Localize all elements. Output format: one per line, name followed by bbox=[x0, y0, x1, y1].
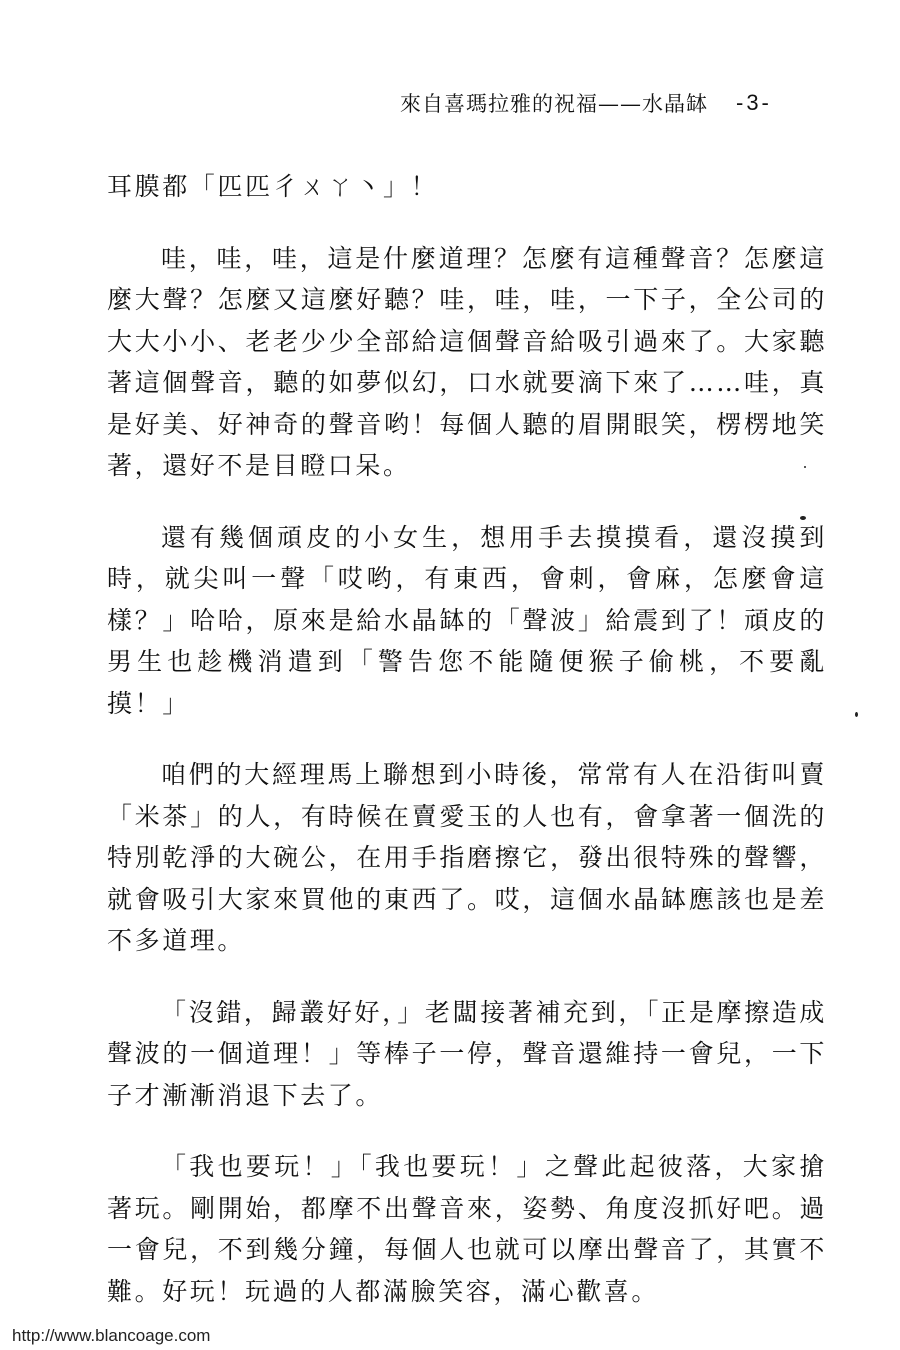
paragraph: 「我也要玩！」「我也要玩！」之聲此起彼落，大家搶著玩。剛開始，都摩不出聲音來，姿… bbox=[107, 1146, 827, 1312]
book-page: 來自喜瑪拉雅的祝福——水晶缽 -3- 耳膜都「匹匹彳ㄨㄚ丶」！ 哇，哇，哇，這是… bbox=[0, 0, 900, 1350]
paragraph: 咱們的大經理馬上聯想到小時後，常常有人在沿街叫賣「米茶」的人，有時候在賣愛玉的人… bbox=[107, 754, 827, 962]
chapter-title: 來自喜瑪拉雅的祝福——水晶缽 bbox=[400, 88, 708, 118]
paragraph: 哇，哇，哇，這是什麼道理？怎麼有這種聲音？怎麼這麼大聲？怎麼又這麼好聽？哇，哇，… bbox=[107, 238, 827, 487]
scan-speck bbox=[804, 466, 806, 468]
scan-speck bbox=[855, 712, 858, 717]
paragraph: 「沒錯，歸叢好好，」老闆接著補充到，「正是摩擦造成聲波的一個道理！」等棒子一停，… bbox=[107, 992, 827, 1117]
page-number: -3- bbox=[736, 90, 772, 116]
paragraph: 耳膜都「匹匹彳ㄨㄚ丶」！ bbox=[107, 166, 827, 208]
scan-speck bbox=[800, 516, 806, 520]
paragraph: 還有幾個頑皮的小女生，想用手去摸摸看，還沒摸到時，就尖叫一聲「哎哟，有東西，會刺… bbox=[107, 517, 827, 725]
footer-url-link[interactable]: http://www.blancoage.com bbox=[12, 1326, 210, 1346]
running-header: 來自喜瑪拉雅的祝福——水晶缽 -3- bbox=[400, 88, 820, 118]
body-text: 耳膜都「匹匹彳ㄨㄚ丶」！ 哇，哇，哇，這是什麼道理？怎麼有這種聲音？怎麼這麼大聲… bbox=[107, 166, 827, 1312]
